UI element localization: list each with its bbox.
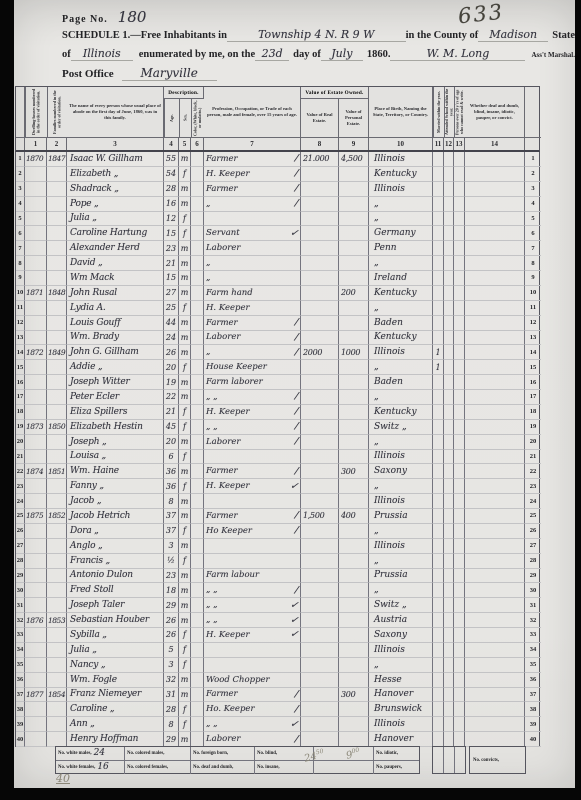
col-no-6: 6 xyxy=(191,137,204,150)
col-no-12: 12 xyxy=(444,137,454,150)
ink-tick-mark: ✓ xyxy=(289,718,299,730)
line-number-right: 40 xyxy=(525,732,541,747)
cell-attended-school xyxy=(444,405,454,420)
cell-family-no xyxy=(47,182,67,197)
table-row: 13 Wm. Brady 24 m Laborer / Kentucky 13 xyxy=(16,331,539,346)
cell-cannot-read xyxy=(454,241,465,256)
cell-sex: m xyxy=(179,598,191,613)
table-row: 3 Shadrack „ 28 m Farmer / Illinois 3 xyxy=(16,182,539,197)
cell-color xyxy=(191,301,204,316)
cell-personal-estate xyxy=(339,613,369,628)
cell-condition xyxy=(465,167,525,182)
cell-age: 20 xyxy=(164,435,179,450)
occupation-text: H. Keeper xyxy=(206,169,250,179)
table-row: 4 Pope „ 16 m „ / „ 4 xyxy=(16,197,539,212)
cell-sex: f xyxy=(179,628,191,643)
line-number-left: 34 xyxy=(16,643,25,658)
cell-married-in-year xyxy=(433,316,444,331)
table-row: 31 Joseph Taler 29 m „ „ ✓ Switz „ 31 xyxy=(16,598,539,613)
state-entry: Illinois xyxy=(71,47,133,61)
cell-real-estate xyxy=(301,197,339,212)
cell-cannot-read xyxy=(454,643,465,658)
cell-cannot-read xyxy=(454,732,465,747)
col-no-4: 4 xyxy=(164,137,179,150)
cell-occupation: Laborer xyxy=(204,241,301,256)
cell-cannot-read xyxy=(454,583,465,598)
cell-dwelling-no xyxy=(25,628,47,643)
cell-personal-estate xyxy=(339,673,369,688)
cell-attended-school xyxy=(444,643,454,658)
cell-attended-school xyxy=(444,286,454,301)
line-number-left: 27 xyxy=(16,539,25,554)
cell-birthplace: „ xyxy=(369,212,433,227)
cell-name: Francis „ xyxy=(67,554,164,569)
cell-occupation: Farmer / xyxy=(204,509,301,524)
cell-family-no: 1854 xyxy=(47,688,67,703)
line-number-left: 3 xyxy=(16,182,25,197)
cell-real-estate xyxy=(301,331,339,346)
occupation-text: Laborer xyxy=(206,332,240,342)
line-number-col-header-right xyxy=(525,87,541,137)
cell-married-in-year xyxy=(433,717,444,732)
cell-family-no xyxy=(47,360,67,375)
line-number-right: 19 xyxy=(525,420,541,435)
line-number-left: 29 xyxy=(16,569,25,584)
line-number-right: 37 xyxy=(525,688,541,703)
post-office-label: Post Office xyxy=(62,68,114,80)
col-header-real-estate: Value of Real Estate. xyxy=(301,99,339,137)
cell-personal-estate: 4,500 xyxy=(339,152,369,167)
cell-dwelling-no xyxy=(25,241,47,256)
cell-color xyxy=(191,271,204,286)
line-number-left: 4 xyxy=(16,197,25,212)
cell-attended-school xyxy=(444,524,454,539)
occupation-text: „ „ xyxy=(206,422,218,432)
ink-tick-mark: / xyxy=(294,525,299,536)
cell-sex: m xyxy=(179,494,191,509)
col-header-color: Color, (White, black, or mulatto.) xyxy=(191,99,204,137)
table-row: 36 Wm. Fogle 32 m Wood Chopper Hesse 36 xyxy=(16,673,539,688)
cell-color xyxy=(191,212,204,227)
cell-color xyxy=(191,702,204,717)
line-number-right: 29 xyxy=(525,569,541,584)
cell-color xyxy=(191,167,204,182)
line-number-left: 5 xyxy=(16,212,25,227)
occupation-text: Ho Keeper xyxy=(206,526,252,536)
cell-cannot-read xyxy=(454,197,465,212)
cell-dwelling-no xyxy=(25,524,47,539)
cell-family-no xyxy=(47,271,67,286)
table-row: 5 Julia „ 12 f „ 5 xyxy=(16,212,539,227)
county-entry: Madison xyxy=(478,28,548,42)
cell-family-no xyxy=(47,598,67,613)
cell-family-no xyxy=(47,717,67,732)
cell-name: Joseph Witter xyxy=(67,375,164,390)
cell-name: Eliza Spillers xyxy=(67,405,164,420)
col-no-3: 3 xyxy=(67,137,164,150)
cell-dwelling-no xyxy=(25,167,47,182)
cell-family-no: 1849 xyxy=(47,345,67,360)
cell-attended-school xyxy=(444,583,454,598)
line-number-right: 32 xyxy=(525,613,541,628)
line-number-left: 10 xyxy=(16,286,25,301)
cell-dwelling-no xyxy=(25,212,47,227)
col-no-10: 10 xyxy=(369,137,433,150)
table-row: 7 Alexander Herd 23 m Laborer Penn 7 xyxy=(16,241,539,256)
table-row: 23 Fanny „ 36 f H. Keeper ✓ „ 23 xyxy=(16,479,539,494)
cell-color xyxy=(191,286,204,301)
schedule-rest: —Free Inhabitants in xyxy=(130,30,227,41)
cell-occupation: H. Keeper ✓ xyxy=(204,479,301,494)
cell-personal-estate xyxy=(339,643,369,658)
line-number-right: 12 xyxy=(525,316,541,331)
table-row: 8 David „ 21 m „ „ 8 xyxy=(16,256,539,271)
cell-personal-estate xyxy=(339,182,369,197)
cell-family-no xyxy=(47,524,67,539)
occupation-text: H. Keeper xyxy=(206,481,250,491)
cell-color xyxy=(191,360,204,375)
line-number-left: 19 xyxy=(16,420,25,435)
occupation-text: Farmer xyxy=(206,184,238,194)
cell-color xyxy=(191,643,204,658)
line-number-right: 35 xyxy=(525,658,541,673)
cell-cannot-read xyxy=(454,479,465,494)
cell-cannot-read xyxy=(454,688,465,703)
cell-personal-estate xyxy=(339,583,369,598)
cell-personal-estate xyxy=(339,494,369,509)
cell-real-estate xyxy=(301,643,339,658)
occupation-text: Farmer xyxy=(206,511,238,521)
cell-real-estate xyxy=(301,375,339,390)
cell-age: 32 xyxy=(164,673,179,688)
colored-females-label: No. colored females, xyxy=(127,765,168,770)
cell-color xyxy=(191,688,204,703)
cell-occupation xyxy=(204,494,301,509)
cell-personal-estate xyxy=(339,226,369,241)
cell-birthplace: Ireland xyxy=(369,271,433,286)
cell-cannot-read xyxy=(454,628,465,643)
county-label: in the County of xyxy=(406,30,479,41)
cell-color xyxy=(191,717,204,732)
cell-family-no xyxy=(47,554,67,569)
cell-birthplace: „ xyxy=(369,583,433,598)
line-number-right: 7 xyxy=(525,241,541,256)
ink-tick-mark: ✓ xyxy=(289,599,299,611)
cell-condition xyxy=(465,182,525,197)
cell-occupation: House Keeper xyxy=(204,360,301,375)
summary-narrow-columns xyxy=(432,746,466,774)
ink-tick-mark: / xyxy=(294,733,299,744)
line-number-right: 26 xyxy=(525,524,541,539)
cell-color xyxy=(191,658,204,673)
cell-condition xyxy=(465,345,525,360)
of-label: of xyxy=(62,49,71,60)
cell-age: 23 xyxy=(164,241,179,256)
cell-dwelling-no xyxy=(25,479,47,494)
cell-birthplace: Saxony xyxy=(369,628,433,643)
line-number-left: 8 xyxy=(16,256,25,271)
cell-attended-school xyxy=(444,494,454,509)
cell-married-in-year xyxy=(433,450,444,465)
cell-dwelling-no xyxy=(25,435,47,450)
line-number-right: 21 xyxy=(525,450,541,465)
cell-occupation: Laborer / xyxy=(204,435,301,450)
cell-attended-school xyxy=(444,256,454,271)
cell-name: Anglo „ xyxy=(67,539,164,554)
cell-family-no xyxy=(47,702,67,717)
line-number-right: 11 xyxy=(525,301,541,316)
cell-real-estate xyxy=(301,658,339,673)
cell-married-in-year xyxy=(433,167,444,182)
cell-birthplace: Illinois xyxy=(369,539,433,554)
cell-condition xyxy=(465,405,525,420)
line-number-right: 22 xyxy=(525,464,541,479)
cell-family-no xyxy=(47,256,67,271)
cell-name: Nancy „ xyxy=(67,658,164,673)
cell-attended-school xyxy=(444,717,454,732)
cell-condition xyxy=(465,583,525,598)
line-number-right: 5 xyxy=(525,212,541,227)
cell-attended-school xyxy=(444,331,454,346)
cell-color xyxy=(191,241,204,256)
cell-married-in-year xyxy=(433,732,444,747)
white-females-count: 16 xyxy=(97,762,108,772)
cell-sex: f xyxy=(179,212,191,227)
cell-cannot-read xyxy=(454,182,465,197)
cell-condition xyxy=(465,435,525,450)
cell-sex: m xyxy=(179,152,191,167)
cell-birthplace: Hanover xyxy=(369,688,433,703)
col-no-11: 11 xyxy=(433,137,444,150)
cell-color xyxy=(191,732,204,747)
cell-personal-estate xyxy=(339,301,369,316)
cell-dwelling-no xyxy=(25,316,47,331)
cell-real-estate xyxy=(301,717,339,732)
cell-dwelling-no xyxy=(25,569,47,584)
cell-name: Alexander Herd xyxy=(67,241,164,256)
cell-dwelling-no: 1876 xyxy=(25,613,47,628)
line-number-right: 6 xyxy=(525,226,541,241)
cell-married-in-year xyxy=(433,628,444,643)
cell-age: 18 xyxy=(164,583,179,598)
cell-married-in-year xyxy=(433,435,444,450)
table-row: 34 Julia „ 5 f Illinois 34 xyxy=(16,643,539,658)
cell-sex: f xyxy=(179,420,191,435)
cell-name: Isaac W. Gillham xyxy=(67,152,164,167)
cell-personal-estate xyxy=(339,628,369,643)
cell-condition xyxy=(465,598,525,613)
cell-personal-estate xyxy=(339,658,369,673)
cell-birthplace: „ xyxy=(369,658,433,673)
cell-real-estate xyxy=(301,316,339,331)
cell-condition xyxy=(465,301,525,316)
month-entry: July xyxy=(321,47,363,61)
line-number-left: 24 xyxy=(16,494,25,509)
line-number-left: 7 xyxy=(16,241,25,256)
occupation-text: H. Keeper xyxy=(206,630,250,640)
paupers-label: No. paupers, xyxy=(376,765,402,770)
cell-sex: m xyxy=(179,435,191,450)
cell-family-no xyxy=(47,331,67,346)
cell-birthplace: Illinois xyxy=(369,717,433,732)
cell-attended-school xyxy=(444,182,454,197)
cell-occupation: „ / xyxy=(204,345,301,360)
cell-cannot-read xyxy=(454,464,465,479)
cell-family-no xyxy=(47,212,67,227)
line-number-right: 30 xyxy=(525,583,541,598)
cell-dwelling-no: 1873 xyxy=(25,420,47,435)
cell-name: Peter Ecler xyxy=(67,390,164,405)
cell-married-in-year: 1 xyxy=(433,345,444,360)
marshal-signature: W. M. Long xyxy=(390,47,525,61)
col-header-sex: Sex. xyxy=(179,99,191,137)
cell-age: 36 xyxy=(164,479,179,494)
year-label: 1860. xyxy=(367,49,391,60)
cell-married-in-year xyxy=(433,212,444,227)
post-office-entry: Maryville xyxy=(122,66,217,81)
cell-dwelling-no: 1874 xyxy=(25,464,47,479)
cell-name: Julia „ xyxy=(67,212,164,227)
cell-married-in-year xyxy=(433,688,444,703)
cell-attended-school xyxy=(444,479,454,494)
line-number-right: 13 xyxy=(525,331,541,346)
cell-condition xyxy=(465,643,525,658)
cell-birthplace: Kentucky xyxy=(369,286,433,301)
cell-cannot-read xyxy=(454,717,465,732)
cell-attended-school xyxy=(444,152,454,167)
cell-birthplace: Kentucky xyxy=(369,167,433,182)
cell-dwelling-no xyxy=(25,197,47,212)
cell-real-estate xyxy=(301,435,339,450)
cell-married-in-year xyxy=(433,583,444,598)
table-row: 32 1876 1853 Sebastian Houber 26 m „ „ ✓… xyxy=(16,613,539,628)
cell-condition xyxy=(465,688,525,703)
cell-cannot-read xyxy=(454,405,465,420)
line-number-col-header xyxy=(16,87,25,137)
occupation-text: „ „ xyxy=(206,585,218,595)
cell-real-estate: 2000 xyxy=(301,345,339,360)
cell-cannot-read xyxy=(454,435,465,450)
occupation-text: Farmer xyxy=(206,154,238,164)
line-number-right: 23 xyxy=(525,479,541,494)
cell-cannot-read xyxy=(454,702,465,717)
blind-label: No. blind, xyxy=(257,751,277,756)
colored-males-label: No. colored males, xyxy=(127,751,164,756)
cell-sex: f xyxy=(179,226,191,241)
cell-dwelling-no xyxy=(25,583,47,598)
cell-sex: m xyxy=(179,509,191,524)
cell-real-estate xyxy=(301,420,339,435)
group-header-value: Value of Estate Owned. xyxy=(301,87,369,99)
cell-occupation: Wood Chopper xyxy=(204,673,301,688)
line-number-right: 15 xyxy=(525,360,541,375)
line-number-left: 15 xyxy=(16,360,25,375)
line-number-left: 9 xyxy=(16,271,25,286)
white-females-label: No. white females, xyxy=(58,765,95,770)
cell-name: David „ xyxy=(67,256,164,271)
cell-name: Louis Gouff xyxy=(67,316,164,331)
cell-dwelling-no xyxy=(25,539,47,554)
cell-sex: m xyxy=(179,345,191,360)
cell-age: 26 xyxy=(164,628,179,643)
cell-birthplace: „ xyxy=(369,301,433,316)
cell-dwelling-no: 1870 xyxy=(25,152,47,167)
cell-sex: m xyxy=(179,464,191,479)
cell-occupation: „ / xyxy=(204,197,301,212)
day-of-label: day of xyxy=(293,49,321,60)
cell-dwelling-no xyxy=(25,360,47,375)
table-row: 14 1872 1849 John G. Gillham 26 m „ / 20… xyxy=(16,345,539,360)
cell-cannot-read xyxy=(454,256,465,271)
cell-sex: f xyxy=(179,360,191,375)
cell-married-in-year xyxy=(433,405,444,420)
cell-attended-school xyxy=(444,212,454,227)
group-header-description: Description. xyxy=(164,87,204,99)
ink-tick-mark: / xyxy=(294,332,299,343)
cell-age: 8 xyxy=(164,717,179,732)
cell-birthplace: Saxony xyxy=(369,464,433,479)
cell-personal-estate xyxy=(339,212,369,227)
cell-real-estate xyxy=(301,673,339,688)
occupation-text: Farmer xyxy=(206,318,238,328)
cell-color xyxy=(191,375,204,390)
ink-tick-mark: / xyxy=(294,585,299,596)
cell-attended-school xyxy=(444,360,454,375)
occupation-text: Laborer xyxy=(206,734,240,744)
cell-condition xyxy=(465,271,525,286)
cell-age: 26 xyxy=(164,613,179,628)
summary-row-1: No. white males,24 No. colored males, No… xyxy=(56,747,419,761)
cell-married-in-year xyxy=(433,152,444,167)
cell-name: Caroline Hartung xyxy=(67,226,164,241)
cell-personal-estate xyxy=(339,524,369,539)
cell-birthplace: „ xyxy=(369,256,433,271)
schedule-title: SCHEDULE 1. xyxy=(62,30,130,41)
cell-cannot-read xyxy=(454,390,465,405)
cell-family-no xyxy=(47,301,67,316)
ink-tick-mark: / xyxy=(294,317,299,328)
cell-condition xyxy=(465,539,525,554)
cell-attended-school xyxy=(444,345,454,360)
cell-name: Joseph „ xyxy=(67,435,164,450)
state-label: State xyxy=(552,30,575,41)
cell-sex: f xyxy=(179,167,191,182)
cell-age: 29 xyxy=(164,732,179,747)
cell-married-in-year xyxy=(433,524,444,539)
cell-occupation: Servant ✓ xyxy=(204,226,301,241)
cell-real-estate xyxy=(301,628,339,643)
cell-birthplace: Kentucky xyxy=(369,405,433,420)
col-no-1: 1 xyxy=(25,137,47,150)
cell-birthplace: „ xyxy=(369,435,433,450)
cell-occupation: Farmer / xyxy=(204,152,301,167)
cell-color xyxy=(191,539,204,554)
cell-cannot-read xyxy=(454,509,465,524)
cell-family-no xyxy=(47,450,67,465)
cell-birthplace: Kentucky xyxy=(369,331,433,346)
cell-dwelling-no: 1872 xyxy=(25,345,47,360)
cell-cannot-read xyxy=(454,613,465,628)
cell-married-in-year xyxy=(433,613,444,628)
table-header: Dwelling-houses numbered in the order of… xyxy=(15,86,540,152)
cell-real-estate xyxy=(301,286,339,301)
cell-color xyxy=(191,405,204,420)
cell-personal-estate xyxy=(339,256,369,271)
ink-tick-mark: / xyxy=(294,704,299,715)
cell-occupation: Farmer / xyxy=(204,182,301,197)
line-number-right: 2 xyxy=(525,167,541,182)
post-office-line: Post Office Maryville xyxy=(62,66,217,81)
